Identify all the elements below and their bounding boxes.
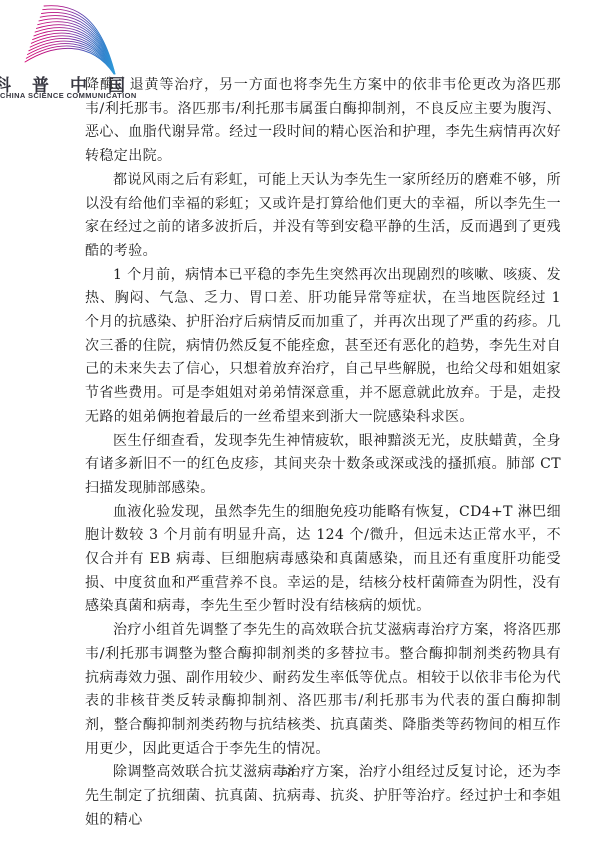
paragraph: 1 个月前，病情本已平稳的李先生突然再次出现剧烈的咳嗽、咳痰、发热、胸闷、气急、… [85, 264, 561, 430]
paragraph: 血液化验发现，虽然李先生的细胞免疫功能略有恢复，CD4+T 淋巴细胞计数较 3 … [85, 501, 561, 620]
paragraph: 医生仔细查看，发现李先生神情疲软，眼神黯淡无光，皮肤蜡黄，全身有诸多新旧不一的红… [85, 430, 561, 501]
document-page: 科普中国 CHINA SCIENCE COMMUNICATION 降酶、退黄等治… [0, 0, 596, 842]
page-number: 58 [0, 766, 586, 778]
paragraph-continued: 降酶、退黄等治疗，另一方面也将李先生方案中的依非韦伦更改为洛匹那韦/利托那韦。洛… [85, 74, 561, 169]
paragraph: 都说风雨之后有彩虹，可能上天认为李先生一家所经历的磨难不够，所以没有给他们幸福的… [85, 169, 561, 264]
wave-logo-icon [24, 2, 120, 80]
document-body: 降酶、退黄等治疗，另一方面也将李先生方案中的依非韦伦更改为洛匹那韦/利托那韦。洛… [85, 74, 561, 833]
paragraph: 治疗小组首先调整了李先生的高效联合抗艾滋病毒治疗方案，将洛匹那韦/利托那韦调整为… [85, 619, 561, 761]
